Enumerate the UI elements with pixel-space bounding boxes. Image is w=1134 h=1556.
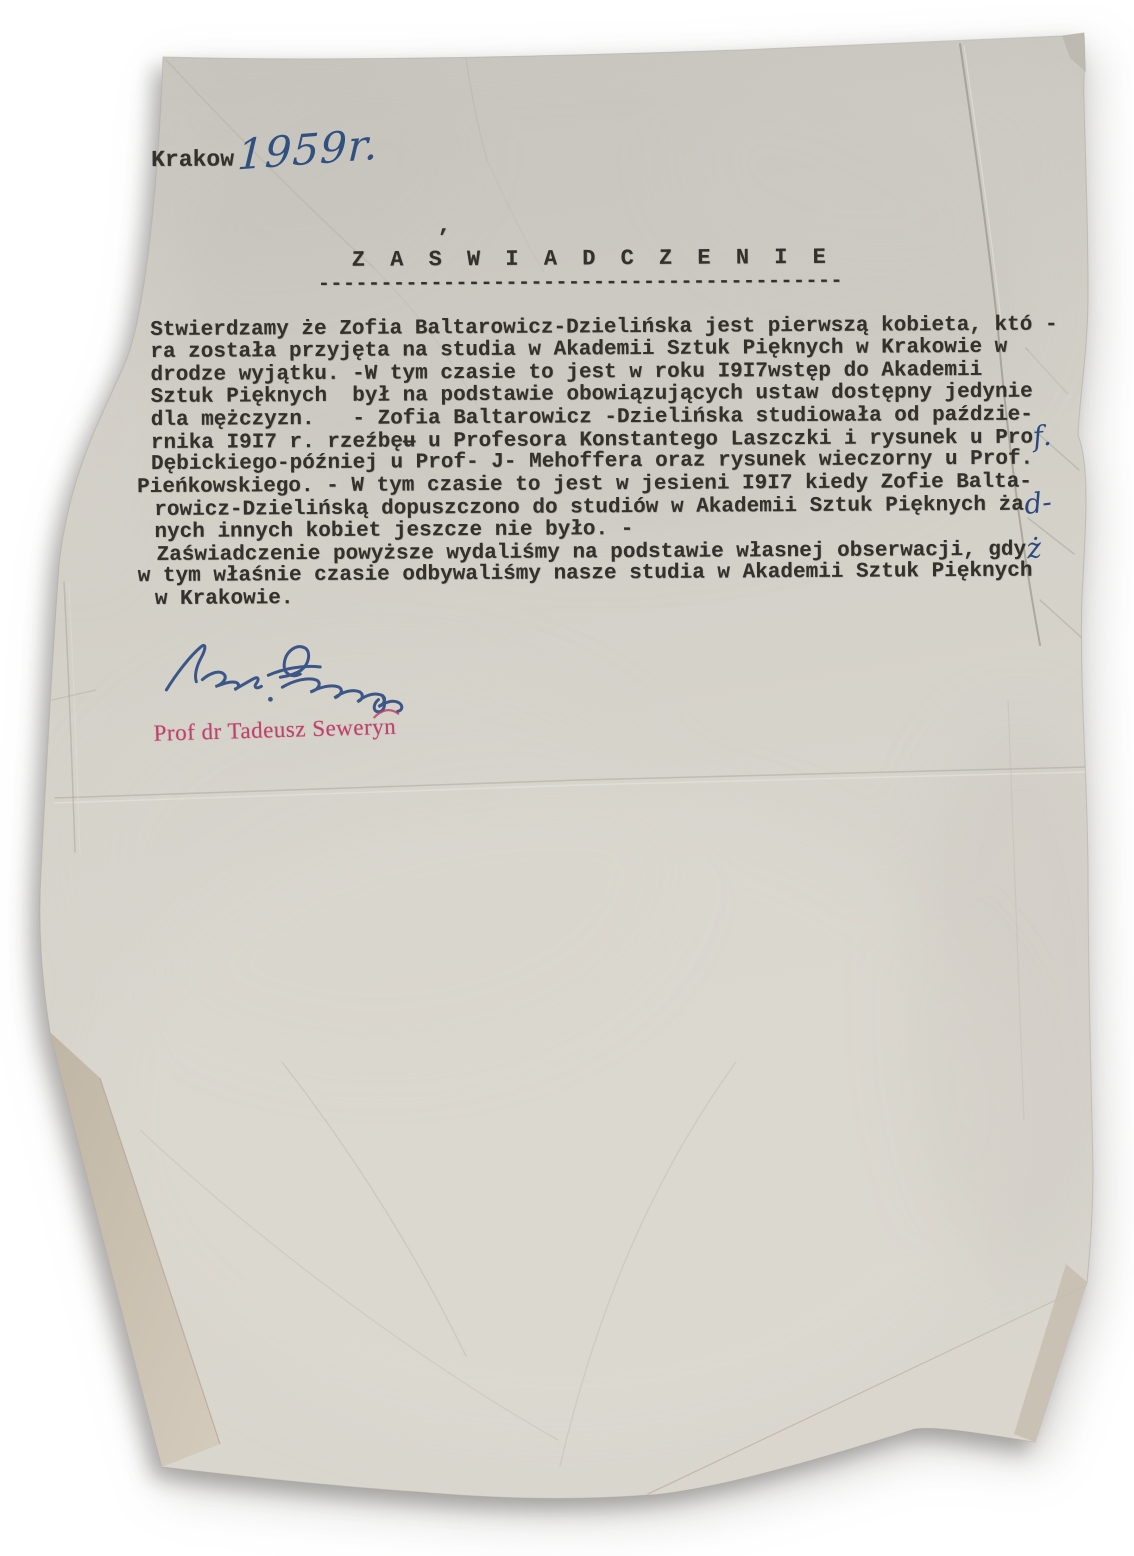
document-text-layer: Krakow 1959r. Z A S W I A D C Z E N I E … [0,0,1134,1556]
stamp-flourish [372,706,400,721]
handwritten-correction: ż [1025,541,1042,563]
document-title: Z A S W I A D C Z E N I E [352,245,832,273]
scanned-document: Krakow 1959r. Z A S W I A D C Z E N I E … [0,0,1134,1556]
title-diacritic-mark: ’ [437,226,450,251]
body-paragraph: Stwierdzamy że Zofia Baltarowicz-Dzieliń… [150,314,1059,611]
body-line: w Krakowie. [155,583,1059,611]
handwritten-correction: f. [1032,429,1052,451]
dateline-city: Krakow [151,146,234,173]
stamp: Prof dr Tadeusz Seweryn [153,714,396,747]
dateline-year-handwritten: 1959r. [236,120,380,180]
handwritten-correction: d- [1023,495,1052,518]
strikethrough-correction: u [403,430,416,453]
signature [156,632,457,730]
title-underline: ----------------------------------------… [318,270,843,296]
